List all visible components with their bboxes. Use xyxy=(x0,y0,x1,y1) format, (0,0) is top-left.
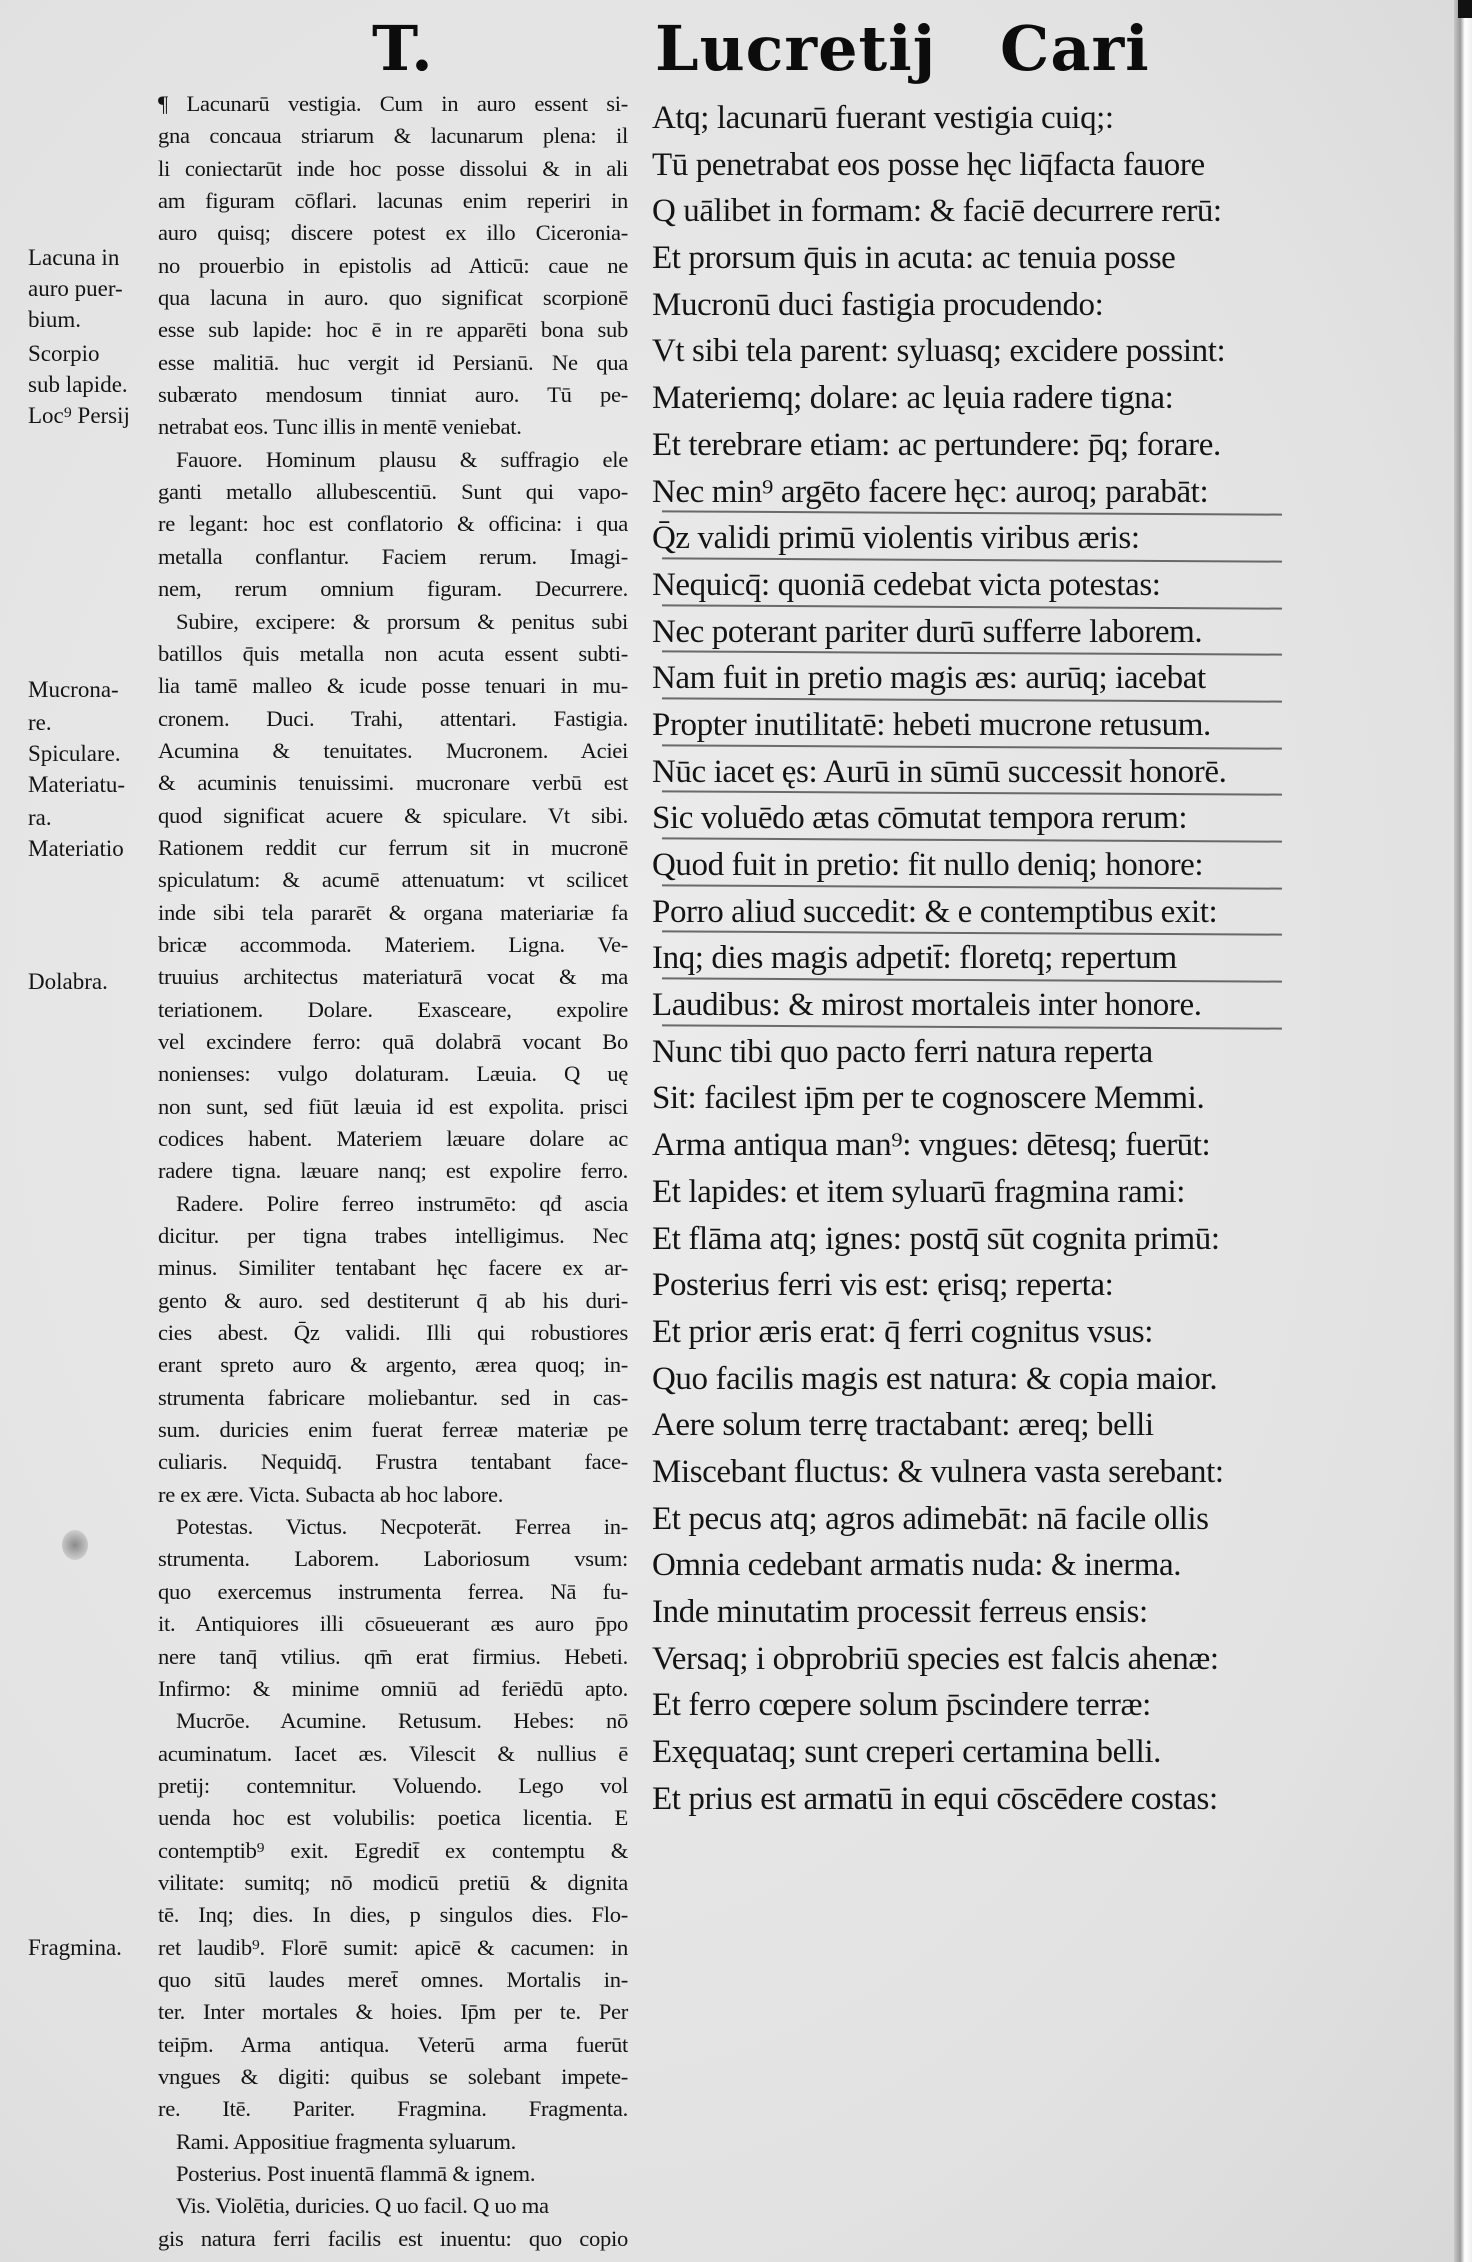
commentary-line: & acuminis tenuissimi. mucronare verbū e… xyxy=(158,767,628,799)
marginal-note: Materiatu- xyxy=(28,769,173,800)
commentary-line: re ex ære. Victa. Subacta ab hoc labore. xyxy=(158,1479,628,1511)
verse-line: Omnia cedebant armatis nuda: & inerma. xyxy=(652,1543,1312,1590)
commentary-line: non sunt, sed fiūt læuia id est expolita… xyxy=(158,1091,628,1123)
verse-line: Tū penetrabat eos posse hęc liq̄facta fa… xyxy=(652,143,1312,190)
commentary-line: quo sitū laudes meret̄ omnes. Mortalis i… xyxy=(158,1964,628,1996)
commentary-line: strumenta fabricare moliebantur. sed in … xyxy=(158,1382,628,1414)
commentary-line: esse malitiā. huc vergit id Persianū. Ne… xyxy=(158,347,628,379)
commentary-line: nere tanq̄ vtilius. qm̄ erat firmius. He… xyxy=(158,1641,628,1673)
commentary-line: it. Antiquiores illi cōsueuerant æs auro… xyxy=(158,1608,628,1640)
page-gutter-edge xyxy=(1454,0,1472,2262)
commentary-line: ter. Inter mortales & hoies. Ip̄m per te… xyxy=(158,1996,628,2028)
verse-line: Quod fuit in pretio: fit nullo deniq; ho… xyxy=(652,843,1312,890)
verse-line: Versaq; i obprobriū species est falcis a… xyxy=(652,1637,1312,1684)
commentary-line: contemptib⁹ exit. Egredit̄ ex contemptu … xyxy=(158,1835,628,1867)
commentary-line: Radere. Polire ferreo instrumēto: qđ asc… xyxy=(158,1188,628,1220)
header-author-name: Lucretij xyxy=(655,14,936,84)
commentary-line: Rami. Appositiue fragmenta syluarum. xyxy=(158,2126,628,2158)
verse-line: Materiemq; dolare: ac lęuia radere tigna… xyxy=(652,376,1312,423)
verse-line: Et ferro cœpere solum p̄scindere terræ: xyxy=(652,1683,1312,1730)
verse-line: Nunc tibi quo pacto ferri natura reperta xyxy=(652,1030,1312,1077)
commentary-line: vilitate: sumitq; nō modicū pretiū & dig… xyxy=(158,1867,628,1899)
verse-line: Nec min⁹ argēto facere hęc: auroq; parab… xyxy=(652,470,1312,517)
commentary-line: metalla conflantur. Faciem rerum. Imagi- xyxy=(158,541,628,573)
verse-line: Posterius ferri vis est: ęrisq; reperta: xyxy=(652,1263,1312,1310)
commentary-line: uenda hoc est volubilis: poetica licenti… xyxy=(158,1802,628,1834)
commentary-line: gento & auro. sed destiterunt q̄ ab his … xyxy=(158,1285,628,1317)
marginal-note: bium. xyxy=(28,304,173,335)
commentary-line: strumenta. Laborem. Laboriosum vsum: xyxy=(158,1543,628,1575)
verse-line: Porro aliud succedit: & e contemptibus e… xyxy=(652,890,1312,937)
marginal-note: Scorpio xyxy=(28,338,173,369)
commentary-line: culiaris. Nequidq̄. Frustra tentabant fa… xyxy=(158,1446,628,1478)
header-cognomen: Cari xyxy=(1000,14,1150,84)
marginal-note: Spiculare. xyxy=(28,738,173,769)
commentary-line: lia tamē malleo & icude posse tenuari in… xyxy=(158,670,628,702)
commentary-line: truuius architectus materiaturā vocat & … xyxy=(158,961,628,993)
commentary-line: teip̄m. Arma antiqua. Veterū arma fuerūt xyxy=(158,2029,628,2061)
verse-line: Vt sibi tela parent: syluasq; excidere p… xyxy=(652,329,1312,376)
commentary-line: Infirmo: & minime omniū ad feriēdū apto. xyxy=(158,1673,628,1705)
ink-smudge xyxy=(62,1530,88,1560)
verse-line: Propter inutilitatē: hebeti mucrone retu… xyxy=(652,703,1312,750)
commentary-line: tē. Inq; dies. In dies, p singulos dies.… xyxy=(158,1899,628,1931)
verse-line: Inq; dies magis adpetit̄: floretq; reper… xyxy=(652,936,1312,983)
verse-line: Mucronū duci fastigia procudendo: xyxy=(652,283,1312,330)
verse-line: Et flāma atq; ignes: postq̄ sūt cognita … xyxy=(652,1217,1312,1264)
marginal-note: Loc⁹ Persij xyxy=(28,400,173,431)
commentary-line: inde sibi tela pararēt & organa materiar… xyxy=(158,897,628,929)
verse-line: Sit: facilest ip̄m per te cognoscere Mem… xyxy=(652,1076,1312,1123)
running-header: T. Lucretij Cari xyxy=(0,14,1455,84)
commentary-line: Posterius. Post inuentā flammā & ignem. xyxy=(158,2158,628,2190)
commentary-line: ¶ Lacunarū vestigia. Cum in auro essent … xyxy=(158,88,628,120)
marginal-note: sub lapide. xyxy=(28,369,173,400)
marginal-note: auro puer- xyxy=(28,273,173,304)
verse-line: Q̄z validi primū violentis viribus æris: xyxy=(652,516,1312,563)
binding-shadow xyxy=(1458,0,1472,18)
verse-line: Et lapides: et item syluarū fragmina ram… xyxy=(652,1170,1312,1217)
commentary-line: esse sub lapide: hoc ē in re apparēti bo… xyxy=(158,314,628,346)
marginal-note: ra. xyxy=(28,802,173,833)
commentary-line: Rationem reddit cur ferrum sit in mucron… xyxy=(158,832,628,864)
verse-line: Sic voluēdo ætas cōmutat tempora rerum: xyxy=(652,796,1312,843)
commentary-line: Fauore. Hominum plausu & suffragio ele xyxy=(158,444,628,476)
scanned-page: T. Lucretij Cari Lacuna inauro puer-bium… xyxy=(0,0,1455,2262)
commentary-line: cronem. Duci. Trahi, attentari. Fastigia… xyxy=(158,703,628,735)
commentary-line: pretij: contemnitur. Voluendo. Lego vol xyxy=(158,1770,628,1802)
verse-line: Miscebant fluctus: & vulnera vasta sereb… xyxy=(652,1450,1312,1497)
commentary-line: gis natura ferri facilis est inuentu: qu… xyxy=(158,2223,628,2255)
commentary-line: minus. Similiter tentabant hęc facere ex… xyxy=(158,1252,628,1284)
marginal-note: Lacuna in xyxy=(28,242,173,273)
verse-line: Aere solum terrę tractabant: æreq; belli xyxy=(652,1403,1312,1450)
commentary-line: auro quisq; discere potest ex illo Cicer… xyxy=(158,217,628,249)
marginal-note: re. xyxy=(28,707,173,738)
verse-line: Et prorsum q̄uis in acuta: ac tenuia pos… xyxy=(652,236,1312,283)
commentary-line: quo exercemus instrumenta ferrea. Nā fu- xyxy=(158,1576,628,1608)
verse-column: Atq; lacunarū fuerant vestigia cuiq;:Tū … xyxy=(652,96,1312,1823)
verse-line: Inde minutatim processit ferreus ensis: xyxy=(652,1590,1312,1637)
commentary-line: li coniectarūt inde hoc posse dissolui &… xyxy=(158,153,628,185)
verse-line: Quo facilis magis est natura: & copia ma… xyxy=(652,1357,1312,1404)
verse-line: Laudibus: & mirost mortaleis inter honor… xyxy=(652,983,1312,1030)
verse-line: Nequicq̄: quoniā cedebat victa potestas: xyxy=(652,563,1312,610)
commentary-line: sum. duricies enim fuerat ferreæ materiæ… xyxy=(158,1414,628,1446)
commentary-line: quod significat acuere & spiculare. Vt s… xyxy=(158,800,628,832)
commentary-line: vngues & digiti: quibus se solebant impe… xyxy=(158,2061,628,2093)
commentary-line: subærato mendosum tinniat auro. Tū pe- xyxy=(158,379,628,411)
commentary-line: radere tigna. læuare nanq; est expolire … xyxy=(158,1155,628,1187)
marginal-note: Materiatio xyxy=(28,833,173,864)
commentary-line: nem, rerum omnium figuram. Decurrere. xyxy=(158,573,628,605)
marginal-note: Dolabra. xyxy=(28,966,173,997)
verse-line: Atq; lacunarū fuerant vestigia cuiq;: xyxy=(652,96,1312,143)
marginal-note: Mucrona- xyxy=(28,674,173,705)
verse-line: Nec poterant pariter durū sufferre labor… xyxy=(652,610,1312,657)
commentary-line: netrabat eos. Tunc illis in mentē venieb… xyxy=(158,411,628,443)
commentary-line: bricæ accommoda. Materiem. Ligna. Ve- xyxy=(158,929,628,961)
commentary-line: batillos q̄uis metalla non acuta essent … xyxy=(158,638,628,670)
marginal-note: Fragmina. xyxy=(28,1932,173,1963)
commentary-line: am figuram cōflari. lacunas enim reperir… xyxy=(158,185,628,217)
verse-line: Q uālibet in formam: & faciē decurrere r… xyxy=(652,189,1312,236)
verse-line: Arma antiqua man⁹: vngues: dētesq; fuerū… xyxy=(652,1123,1312,1170)
verse-line: Et terebrare etiam: ac pertundere: p̄q; … xyxy=(652,423,1312,470)
commentary-line: no prouerbio in epistolis ad Atticū: cau… xyxy=(158,250,628,282)
verse-line: Nam fuit in pretio magis æs: aurūq; iace… xyxy=(652,656,1312,703)
commentary-line: ret laudib⁹. Florē sumit: apicē & cacume… xyxy=(158,1932,628,1964)
commentary-line: Vis. Violētia, duricies. Q uo facil. Q u… xyxy=(158,2190,628,2222)
header-initial: T. xyxy=(372,14,434,84)
commentary-line: qua lacuna in auro. quo significat scorp… xyxy=(158,282,628,314)
commentary-line: dicitur. per tigna trabes intelligimus. … xyxy=(158,1220,628,1252)
verse-line: Et pecus atq; agros adimebāt: nā facile … xyxy=(652,1497,1312,1544)
commentary-line: codices habent. Materiem læuare dolare a… xyxy=(158,1123,628,1155)
commentary-line: Subire, excipere: & prorsum & penitus su… xyxy=(158,606,628,638)
verse-line: Et prius est armatū in equi cōscēdere co… xyxy=(652,1777,1312,1824)
commentary-line: nonienses: vulgo dolaturam. Læuia. Q uę xyxy=(158,1058,628,1090)
commentary-line: teriationem. Dolare. Exasceare, expolire xyxy=(158,994,628,1026)
commentary-line: Potestas. Victus. Necpoterāt. Ferrea in- xyxy=(158,1511,628,1543)
commentary-line: spiculatum: & acumē attenuatum: vt scili… xyxy=(158,864,628,896)
verse-line: Exęquataq; sunt creperi certamina belli. xyxy=(652,1730,1312,1777)
verse-line: Et prior æris erat: q̄ ferri cognitus vs… xyxy=(652,1310,1312,1357)
commentary-line: erant spreto auro & argento, ærea quoq; … xyxy=(158,1349,628,1381)
commentary-line: cies abest. Q̄z validi. Illi qui robusti… xyxy=(158,1317,628,1349)
commentary-line: Mucrōe. Acumine. Retusum. Hebes: nō xyxy=(158,1705,628,1737)
commentary-line: gna concaua striarum & lacunarum plena: … xyxy=(158,120,628,152)
commentary-line: vel excindere ferro: quā dolabrā vocant … xyxy=(158,1026,628,1058)
verse-line: Nūc iacet ęs: Aurū in sūmū successit hon… xyxy=(652,750,1312,797)
commentary-line: re. Itē. Pariter. Fragmina. Fragmenta. xyxy=(158,2093,628,2125)
commentary-column: ¶ Lacunarū vestigia. Cum in auro essent … xyxy=(158,88,628,2255)
commentary-line: Acumina & tenuitates. Mucronem. Aciei xyxy=(158,735,628,767)
commentary-line: acuminatum. Iacet æs. Vilescit & nullius… xyxy=(158,1738,628,1770)
commentary-line: ganti metallo allubescentiū. Sunt qui va… xyxy=(158,476,628,508)
commentary-line: re legant: hoc est conflatorio & officin… xyxy=(158,508,628,540)
